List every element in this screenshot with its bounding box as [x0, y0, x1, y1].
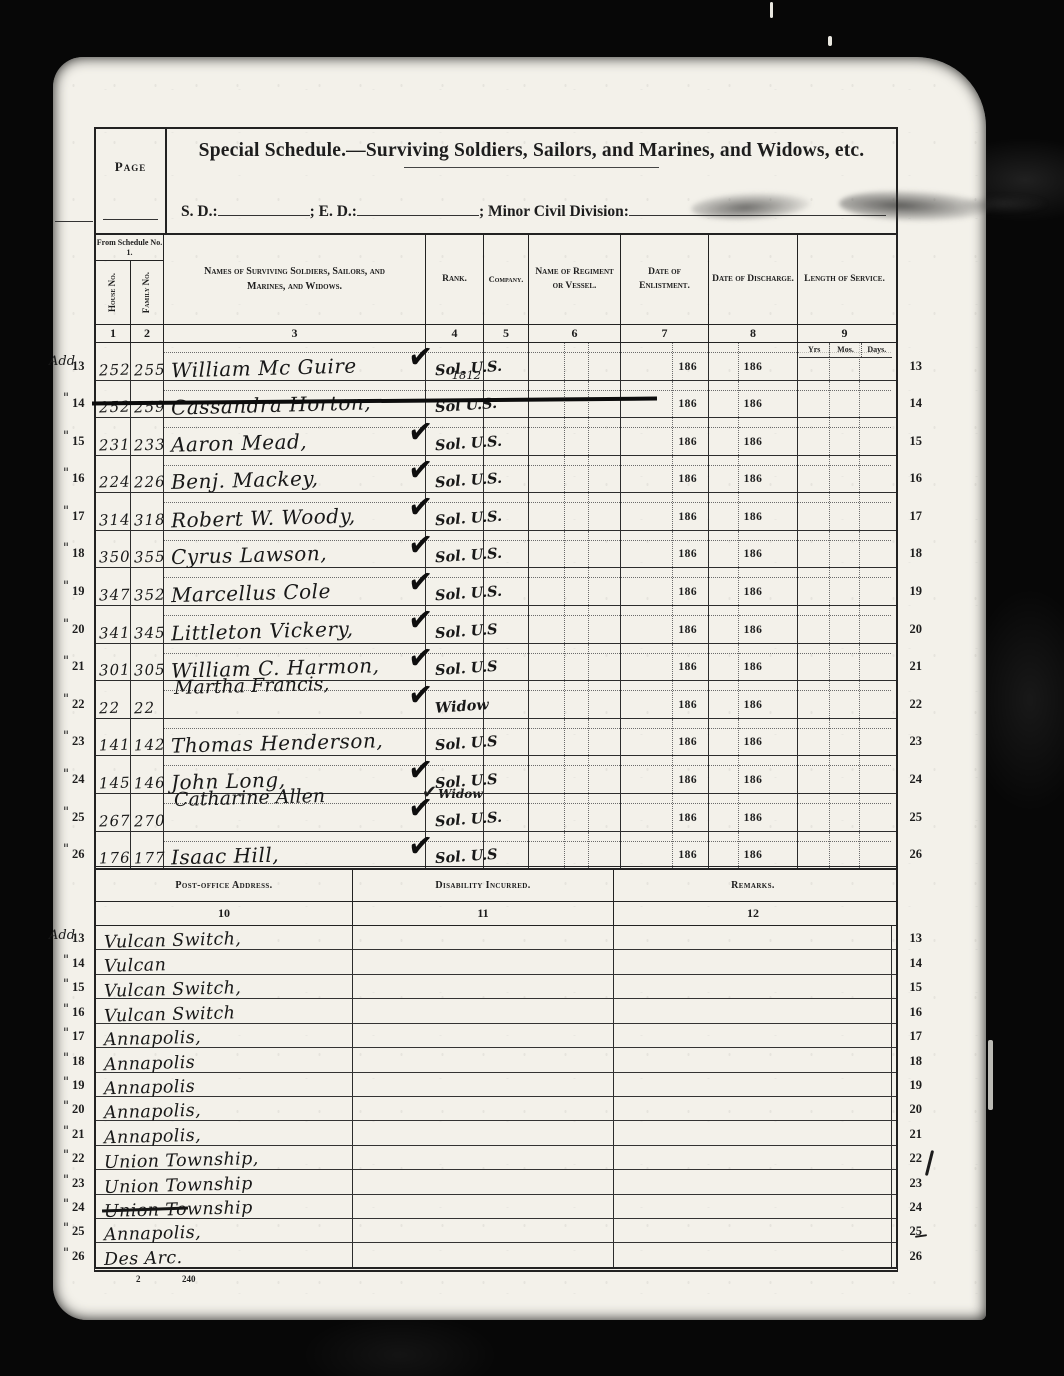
row-number-left: 26 [72, 847, 85, 862]
address-row: " 20 Annapolis, 20 [96, 1097, 896, 1121]
remarks-cell [614, 1195, 892, 1218]
discharge-cell: 186 [709, 719, 798, 756]
margin-annotation: " [49, 541, 69, 556]
disability-cell [353, 1097, 614, 1120]
margin-annotation: " [49, 1099, 69, 1114]
name-cell: Aaron Mead, [164, 418, 426, 455]
name-cell: Robert W. Woody, [164, 493, 426, 530]
margin-annotation: " [49, 466, 69, 481]
preprinted-year: 186 [744, 511, 763, 523]
enlistment-cell: 186 [621, 644, 709, 681]
house-no-cell: 347 [96, 568, 131, 605]
name-cell: Littleton Vickery, [164, 606, 426, 643]
preprinted-year: 186 [744, 699, 763, 711]
address-entry: Vulcan Switch [104, 1003, 236, 1026]
widow-name: Martha Francis, [174, 673, 330, 699]
remarks-cell [614, 1243, 892, 1266]
veteran-name: Isaac Hill, [171, 843, 280, 870]
form-title: Special Schedule.—Surviving Soldiers, Sa… [167, 129, 896, 162]
name-cell: Benj. Mackey, [164, 456, 426, 493]
enlistment-cell: 186 [621, 568, 709, 605]
family-no-header: Family No. [131, 261, 164, 325]
row-number-left: 21 [72, 659, 85, 674]
house-no-cell: 231 [96, 418, 131, 455]
house-no-cell: 350 [96, 531, 131, 568]
address-row: " 16 Vulcan Switch 16 [96, 999, 896, 1023]
checkmark-icon: ✔ [407, 450, 435, 489]
preprinted-year: 186 [744, 586, 763, 598]
service-header: Length of Service. [798, 235, 891, 324]
row-number-right: 15 [910, 980, 923, 995]
preprinted-year: 186 [678, 586, 697, 598]
form-header: Page Special Schedule.—Surviving Soldier… [96, 129, 896, 235]
address-entry: Des Arc. [104, 1248, 183, 1270]
veteran-rows: Add 13 252 255 William Mc Guire ✔ Sol. U… [96, 343, 896, 868]
col-number-9: 9 [798, 325, 891, 342]
enlistment-cell: 186 [621, 681, 709, 718]
remarks-cell [614, 1097, 892, 1120]
discharge-header: Date of Discharge. [709, 235, 798, 324]
row-number-left: 21 [72, 1127, 85, 1142]
disability-cell [353, 1024, 614, 1047]
names-header: Names of Surviving Soldiers, Sailors, an… [164, 235, 426, 324]
enlistment-cell: 186 [621, 794, 709, 831]
rank-entry: Widow [434, 696, 489, 717]
row-number-right: 16 [910, 471, 923, 486]
name-cell: Isaac Hill, [164, 832, 426, 869]
row-number-left: 23 [72, 734, 85, 749]
house-no-cell: 145 [96, 756, 131, 793]
address-entry: Annapolis, [104, 1101, 202, 1124]
margin-annotation: " [49, 842, 69, 857]
service-cell [798, 832, 891, 869]
discharge-cell: 186 [709, 644, 798, 681]
regiment-cell [529, 456, 621, 493]
veteran-name: Thomas Henderson, [171, 729, 384, 759]
discharge-cell: 186 [709, 756, 798, 793]
rank-cell: ✔ Sol. U.S ✔ [426, 606, 484, 643]
row-number-right: 22 [910, 697, 923, 712]
veteran-row: " 14 252 259 Cassandra Horton, 1812 ✔ So… [96, 381, 896, 419]
name-cell: John Long, Catharine Allen [164, 756, 426, 793]
service-cell [798, 756, 891, 793]
family-no-cell: 355 [131, 531, 164, 568]
widow-name: Catharine Allen [174, 785, 326, 811]
row-number-left: 24 [72, 772, 85, 787]
service-cell [798, 719, 891, 756]
disability-cell [353, 999, 614, 1022]
margin-annotation: Add [49, 354, 69, 369]
regiment-cell [529, 756, 621, 793]
post-office-cell: Annapolis, [96, 1121, 353, 1144]
checkmark-icon: ✔ [407, 601, 435, 640]
col-number-1: 1 [96, 325, 131, 342]
veteran-row: " 21 301 305 William C. Harmon, Martha F… [96, 644, 896, 682]
page-label: Page [96, 159, 165, 175]
house-no-cell: 252 [96, 381, 131, 418]
post-office-cell: Annapolis [96, 1048, 353, 1071]
remarks-cell [614, 950, 892, 973]
preprinted-year: 186 [744, 473, 763, 485]
rank-cell: ✔ Sol. U.S ✔ [426, 832, 484, 869]
row-number-left: 25 [72, 810, 85, 825]
enlistment-cell: 186 [621, 719, 709, 756]
margin-annotation: " [49, 953, 69, 968]
table2-number-row: 10 11 12 [96, 902, 896, 926]
discharge-cell: 186 [709, 418, 798, 455]
veteran-name: Robert W. Woody, [171, 503, 356, 532]
regiment-cell [529, 681, 621, 718]
footer-mark: 240 [182, 1274, 196, 1284]
enlistment-cell: 186 [621, 493, 709, 530]
remarks-cell [614, 999, 892, 1022]
address-entry: Annapolis, [104, 1028, 202, 1051]
veteran-name: William Mc Guire [171, 353, 357, 382]
row-number-right: 26 [910, 847, 923, 862]
service-cell [798, 456, 891, 493]
col-number-4: 4 [426, 325, 484, 342]
veteran-row: " 19 347 352 Marcellus Cole ✔ Sol. U.S. … [96, 568, 896, 606]
checkmark-icon: ✔ [407, 826, 435, 865]
address-row: " 22 Union Township, 22 [96, 1146, 896, 1170]
row-number-left: 17 [72, 509, 85, 524]
row-number-left: 24 [72, 1200, 85, 1215]
house-no-cell: 267 [96, 794, 131, 831]
days-label: Days. [861, 343, 892, 357]
col-number-12: 12 [614, 902, 892, 925]
address-row: " 23 Union Township 23 [96, 1170, 896, 1194]
service-subheaders: Yrs Mos. Days. [799, 343, 892, 358]
post-office-cell: Vulcan Switch, [96, 975, 353, 998]
service-cell [798, 681, 891, 718]
address-entry: Annapolis, [104, 1223, 202, 1246]
post-office-cell: Vulcan Switch [96, 999, 353, 1022]
regiment-cell [529, 644, 621, 681]
service-cell [798, 418, 891, 455]
row-number-right: 16 [910, 1005, 923, 1020]
address-row: " 18 Annapolis 18 [96, 1048, 896, 1072]
row-number-right: 20 [910, 1102, 923, 1117]
regiment-header: Name of Regiment or Vessel. [529, 235, 621, 324]
row-number-left: 15 [72, 434, 85, 449]
margin-annotation: " [49, 1246, 69, 1261]
veteran-name: Littleton Vickery, [171, 616, 354, 645]
post-office-cell: Vulcan Switch, [96, 926, 353, 949]
enlistment-cell: 186 [621, 606, 709, 643]
post-office-cell: Vulcan [96, 950, 353, 973]
preprinted-year: 186 [678, 436, 697, 448]
row-number-right: 19 [910, 584, 923, 599]
title-area: Special Schedule.—Surviving Soldiers, Sa… [167, 129, 896, 233]
margin-annotation: " [49, 767, 69, 782]
margin-annotation: " [49, 1002, 69, 1017]
scan-speck [828, 36, 832, 46]
row-number-right: 13 [910, 931, 923, 946]
preprinted-year: 186 [744, 849, 763, 861]
address-entry: Annapolis [104, 1077, 196, 1099]
service-cell [798, 644, 891, 681]
row-number-left: 26 [72, 1249, 85, 1264]
disability-cell [353, 926, 614, 949]
row-number-right: 18 [910, 546, 923, 561]
checkmark-icon: ✔ [407, 676, 435, 715]
family-no-cell: 259 [131, 381, 164, 418]
veteran-row: " 23 141 142 Thomas Henderson, ✔ Sol. U.… [96, 719, 896, 757]
margin-annotation: " [49, 1075, 69, 1090]
veteran-row: " 24 145 146 John Long, Catharine Allen … [96, 756, 896, 794]
yrs-label: Yrs [799, 343, 829, 357]
post-office-cell: Union Township, [96, 1146, 353, 1169]
service-cell [798, 568, 891, 605]
margin-annotation: " [49, 429, 69, 444]
col-number-7: 7 [621, 325, 709, 342]
enlistment-cell: 186 [621, 531, 709, 568]
house-no-cell: 224 [96, 456, 131, 493]
row-number-right: 24 [910, 772, 923, 787]
address-row: " 26 Des Arc. 26 [96, 1243, 896, 1266]
preprinted-year: 186 [678, 849, 697, 861]
row-number-left: 23 [72, 1176, 85, 1191]
veteran-row: " 17 314 318 Robert W. Woody, ✔ Sol. U.S… [96, 493, 896, 531]
address-entry: Vulcan Switch, [104, 930, 242, 954]
margin-annotation: " [49, 579, 69, 594]
post-office-cell: Annapolis, [96, 1219, 353, 1242]
row-number-right: 20 [910, 622, 923, 637]
margin-annotation: " [49, 617, 69, 632]
post-office-cell: Union Township [96, 1170, 353, 1193]
rank-cell: ✔ Widow ✔ [426, 681, 484, 718]
footer-mark: 2 [136, 1274, 141, 1284]
enlistment-cell: 186 [621, 456, 709, 493]
table2-headers: Post-office Address. Disability Incurred… [96, 870, 896, 902]
regiment-cell [529, 493, 621, 530]
discharge-cell: 186 [709, 493, 798, 530]
schedule-ref-header: From Schedule No. 1. House No. Family No… [96, 235, 164, 324]
service-cell [798, 531, 891, 568]
row-number-left: 18 [72, 1054, 85, 1069]
address-row: " 14 Vulcan 14 [96, 950, 896, 974]
house-no-cell: 22 [96, 681, 131, 718]
col-number-6: 6 [529, 325, 621, 342]
checkmark-icon: ✔ [407, 751, 435, 790]
discharge-cell: 186 [709, 681, 798, 718]
discharge-cell: 186 [709, 381, 798, 418]
name-cell: William Mc Guire [164, 343, 426, 380]
preprinted-year: 186 [678, 774, 697, 786]
disability-cell [353, 1121, 614, 1144]
margin-annotation: " [49, 1051, 69, 1066]
margin-annotation: " [49, 1124, 69, 1139]
row-number-left: 14 [72, 956, 85, 971]
row-number-left: 17 [72, 1029, 85, 1044]
disability-cell [353, 975, 614, 998]
post-office-cell: Annapolis, [96, 1097, 353, 1120]
column-number-row: 1 2 3 4 5 6 7 8 9 [96, 325, 896, 343]
enlistment-cell: 186 [621, 756, 709, 793]
margin-annotation: " [49, 504, 69, 519]
address-rows: Add 13 Vulcan Switch, 13 " 14 Vulcan 14 [96, 926, 896, 1267]
rank-cell: ✔ Sol. U.S. ✔ [426, 456, 484, 493]
preprinted-year: 186 [744, 774, 763, 786]
disability-cell [353, 1146, 614, 1169]
name-cell: William C. Harmon, Martha Francis, [164, 644, 426, 681]
row-number-right: 14 [910, 396, 923, 411]
regiment-cell [529, 832, 621, 869]
scan-speck [988, 1040, 993, 1110]
col-number-8: 8 [709, 325, 798, 342]
family-no-cell: 255 [131, 343, 164, 380]
handwriting-smudge [690, 190, 811, 222]
house-no-cell: 141 [96, 719, 131, 756]
checkmark-icon: ✔ [407, 413, 435, 452]
mos-label: Mos. [829, 343, 860, 357]
regiment-cell [529, 794, 621, 831]
district-line: S. D.: ; E. D.: ; Minor Civil Division: [181, 201, 886, 221]
house-no-cell: 341 [96, 606, 131, 643]
column-headers: From Schedule No. 1. House No. Family No… [96, 235, 896, 325]
row-number-left: 19 [72, 1078, 85, 1093]
rank-cell: ✔ Sol. U.S. ✔ [426, 568, 484, 605]
preprinted-year: 186 [678, 624, 697, 636]
regiment-cell [529, 531, 621, 568]
ed-blank [357, 201, 479, 216]
disability-cell [353, 1048, 614, 1071]
rank-cell: ✔ Sol. U.S ✔ [426, 719, 484, 756]
post-office-header: Post-office Address. [96, 870, 353, 901]
address-entry: Vulcan [104, 955, 167, 977]
row-number-left: 25 [72, 1224, 85, 1239]
margin-annotation: " [49, 805, 69, 820]
disability-cell [353, 1195, 614, 1218]
page-number-cell: Page [96, 129, 167, 233]
remarks-cell [614, 975, 892, 998]
house-no-cell: 314 [96, 493, 131, 530]
rank-cell: ✔ Sol. U.S. ✔ [426, 531, 484, 568]
row-number-left: 19 [72, 584, 85, 599]
row-number-right: 15 [910, 434, 923, 449]
row-number-left: 20 [72, 622, 85, 637]
row-number-right: 13 [910, 359, 923, 374]
sd-label: S. D.: [181, 203, 218, 221]
disability-cell [353, 1073, 614, 1096]
preprinted-year: 186 [678, 548, 697, 560]
post-office-cell: Annapolis, [96, 1024, 353, 1047]
remarks-cell [614, 1170, 892, 1193]
discharge-cell: 186 [709, 606, 798, 643]
row-number-right: 24 [910, 1200, 923, 1215]
remarks-cell [614, 1024, 892, 1047]
checkmark-icon: ✔ [407, 488, 435, 527]
address-row: " 21 Annapolis, 21 [96, 1121, 896, 1145]
margin-rule [55, 221, 93, 222]
veteran-row: " 15 231 233 Aaron Mead, ✔ Sol. U.S. ✔ [96, 418, 896, 456]
row-number-left: 22 [72, 1151, 85, 1166]
discharge-cell: 186 [709, 343, 798, 380]
name-cell: Cyrus Lawson, [164, 531, 426, 568]
address-entry: Vulcan Switch, [104, 978, 242, 1002]
row-number-right: 14 [910, 956, 923, 971]
family-no-cell: 270 [131, 794, 164, 831]
ed-label: ; E. D.: [310, 203, 357, 221]
family-no-cell: 345 [131, 606, 164, 643]
preprinted-year: 186 [744, 361, 763, 373]
row-number-right: 17 [910, 509, 923, 524]
margin-annotation: " [49, 1173, 69, 1188]
col-number-10: 10 [96, 902, 353, 925]
veteran-name: Marcellus Cole [171, 579, 331, 607]
family-no-cell: 305 [131, 644, 164, 681]
post-office-cell: Annapolis [96, 1073, 353, 1096]
family-no-cell: 226 [131, 456, 164, 493]
sd-blank [218, 201, 310, 216]
row-number-right: 21 [910, 1127, 923, 1142]
margin-annotation: Add [49, 928, 69, 943]
preprinted-year: 186 [744, 661, 763, 673]
family-no-cell: 233 [131, 418, 164, 455]
remarks-cell [614, 1073, 892, 1096]
preprinted-year: 186 [678, 661, 697, 673]
row-number-left: 22 [72, 697, 85, 712]
scanned-document: { "scan": { "check_glyph": "✔", "footer_… [0, 0, 1064, 1376]
family-no-cell: 318 [131, 493, 164, 530]
row-number-right: 21 [910, 659, 923, 674]
ink-smudge [925, 1150, 934, 1176]
row-number-right: 25 [910, 1224, 923, 1239]
margin-annotation: " [49, 692, 69, 707]
remarks-cell [614, 926, 892, 949]
service-cell [798, 493, 891, 530]
preprinted-year: 186 [744, 736, 763, 748]
name-cell: Marcellus Cole [164, 568, 426, 605]
address-disability-table: Post-office Address. Disability Incurred… [94, 866, 898, 1272]
family-no-cell: 142 [131, 719, 164, 756]
discharge-cell: 186 [709, 794, 798, 831]
preprinted-year: 186 [678, 736, 697, 748]
address-row: " 25 Annapolis, 25 [96, 1219, 896, 1243]
disability-header: Disability Incurred. [353, 870, 614, 901]
post-office-cell: Union Township [96, 1195, 353, 1218]
row-number-left: 15 [72, 980, 85, 995]
row-number-left: 14 [72, 396, 85, 411]
enlistment-cell: 186 [621, 343, 709, 380]
remarks-cell [614, 1048, 892, 1071]
discharge-cell: 186 [709, 568, 798, 605]
row-number-left: 16 [72, 1005, 85, 1020]
veteran-name: Aaron Mead, [171, 429, 308, 457]
enlistment-cell: 186 [621, 832, 709, 869]
margin-annotation: " [49, 1221, 69, 1236]
post-office-cell: Des Arc. [96, 1243, 353, 1266]
preprinted-year: 186 [744, 436, 763, 448]
row-number-right: 19 [910, 1078, 923, 1093]
preprinted-year: 186 [744, 812, 763, 824]
family-no-cell: 22 [131, 681, 164, 718]
address-row: Add 13 Vulcan Switch, 13 [96, 926, 896, 950]
margin-annotation: " [49, 729, 69, 744]
row-number-right: 23 [910, 734, 923, 749]
preprinted-year: 186 [744, 398, 763, 410]
col-number-5: 5 [484, 325, 529, 342]
veteran-name: Benj. Mackey, [171, 466, 319, 494]
scan-speck [770, 2, 773, 18]
preprinted-year: 186 [678, 699, 697, 711]
remarks-header: Remarks. [614, 870, 892, 901]
mcd-blank [629, 201, 886, 216]
col-number-11: 11 [353, 902, 614, 925]
preprinted-year: 186 [678, 361, 697, 373]
remarks-cell [614, 1219, 892, 1242]
preprinted-year: 186 [678, 812, 697, 824]
